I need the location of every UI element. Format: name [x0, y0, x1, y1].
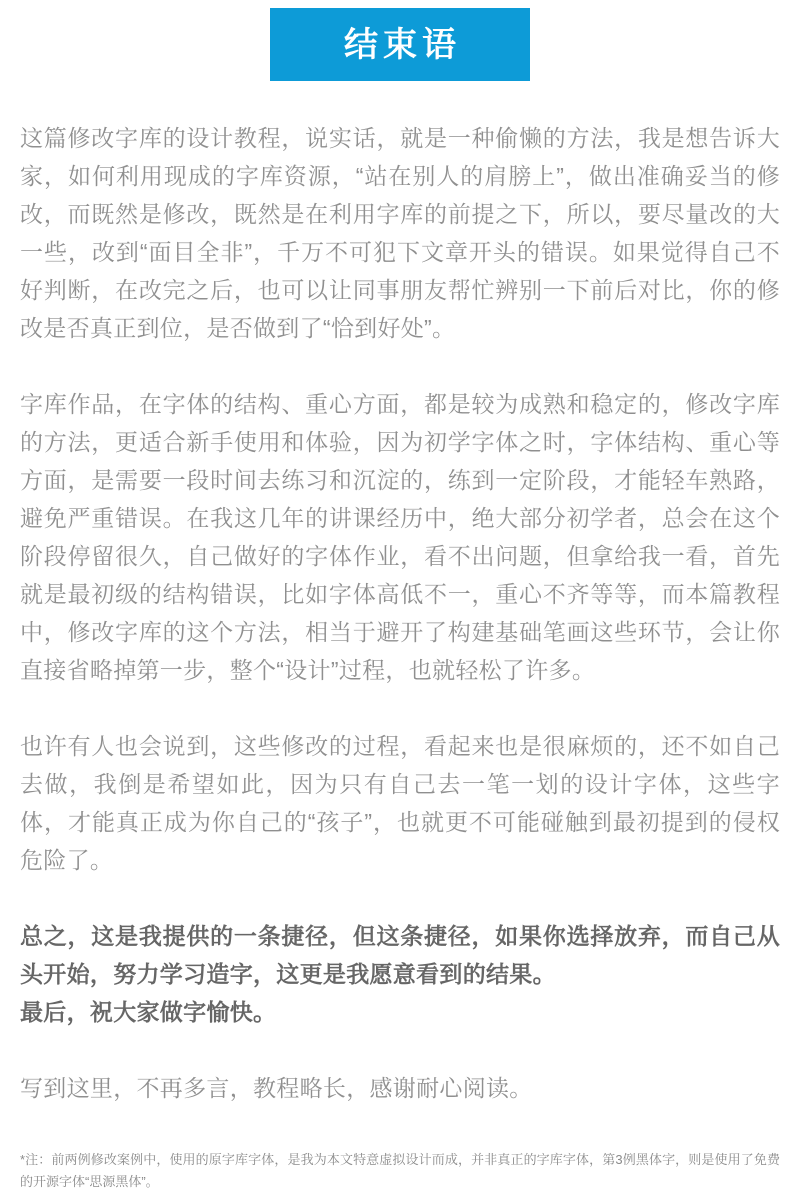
emphasis-line-1: 总之，这是我提供的一条捷径，但这条捷径，如果你选择放弃，而自己从头开始，努力学习… [20, 917, 780, 993]
body-paragraph-3: 也许有人也会说到，这些修改的过程，看起来也是很麻烦的，还不如自己去做，我倒是希望… [20, 727, 780, 879]
closing-paragraph: 写到这里，不再多言，教程略长，感谢耐心阅读。 [20, 1069, 780, 1107]
article-page: 结束语 这篇修改字库的设计教程，说实话，就是一种偷懒的方法，我是想告诉大家，如何… [0, 0, 800, 1193]
section-header-badge: 结束语 [270, 8, 530, 81]
footnote: *注：前两例修改案例中，使用的原字库字体，是我为本文特意虚拟设计而成，并非真正的… [20, 1149, 780, 1193]
body-paragraph-1: 这篇修改字库的设计教程，说实话，就是一种偷懒的方法，我是想告诉大家，如何利用现成… [20, 119, 780, 347]
emphasis-paragraph: 总之，这是我提供的一条捷径，但这条捷径，如果你选择放弃，而自己从头开始，努力学习… [20, 917, 780, 1031]
body-paragraph-2: 字库作品，在字体的结构、重心方面，都是较为成熟和稳定的，修改字库的方法，更适合新… [20, 385, 780, 689]
article-body: 这篇修改字库的设计教程，说实话，就是一种偷懒的方法，我是想告诉大家，如何利用现成… [0, 119, 800, 1193]
emphasis-line-2: 最后，祝大家做字愉快。 [20, 993, 780, 1031]
section-title: 结束语 [339, 28, 461, 62]
